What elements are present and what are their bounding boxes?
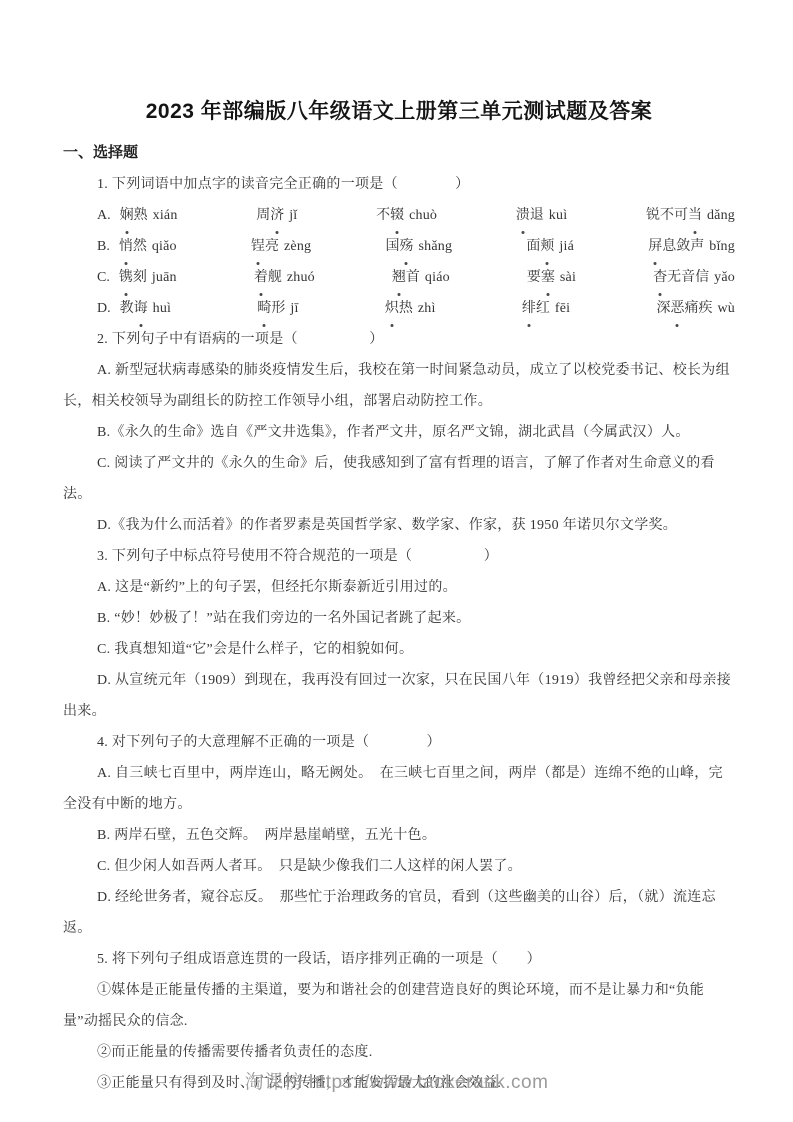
q2-options: A. 新型冠状病毒感染的肺炎疫情发生后，我校在第一时间紧急动员，成立了以校党委书… xyxy=(63,355,735,541)
q1-stem: 1. 下列词语中加点字的读音完全正确的一项是（ ） xyxy=(63,169,735,200)
pinyin-annotation: juān xyxy=(152,270,177,285)
pinyin-annotation: zhì xyxy=(418,301,436,316)
option-paragraph: B. 两岸石壁，五色交辉。 两岸悬崖峭壁，五光十色。 xyxy=(63,820,735,851)
word-group: 锐不可当dǎng xyxy=(646,200,735,231)
word-group: B.悄然qiǎo xyxy=(97,231,177,262)
pinyin-annotation: zèng xyxy=(284,239,311,254)
emphasized-character: 炽 xyxy=(385,293,399,324)
word-group: D.教诲huì xyxy=(97,293,171,324)
pinyin-annotation: xián xyxy=(153,208,178,223)
emphasized-character: 屏 xyxy=(648,231,662,262)
q1-option-row: B.悄然qiǎo锃亮zèng国殇shǎng面颊jiá屏息敛声bǐng xyxy=(63,231,735,262)
option-paragraph: C. 但少闲人如吾两人者耳。 只是缺少像我们二人这样的闲人罢了。 xyxy=(63,851,735,882)
emphasized-character: 颊 xyxy=(540,231,554,262)
word-group: 绯红fēi xyxy=(522,293,570,324)
pinyin-annotation: fēi xyxy=(555,301,570,316)
pinyin-annotation: kuì xyxy=(549,208,568,223)
word-group: 屏息敛声bǐng xyxy=(648,231,735,262)
word-group: 深恶痛疾wù xyxy=(656,293,735,324)
q2-stem: 2. 下列句子中有语病的一项是（ ） xyxy=(63,324,735,355)
emphasized-character: 恶 xyxy=(670,293,684,324)
emphasized-character: 辍 xyxy=(390,200,404,231)
option-paragraph: D.《我为什么而活着》的作者罗素是英国哲学家、数学家、作家，获 1950 年诺贝… xyxy=(63,510,735,541)
pinyin-annotation: jǐ xyxy=(289,208,297,223)
q1-option-row: C.镌刻juān着舰zhuó翘首qiáo要塞sài杳无音信yǎo xyxy=(63,262,735,293)
option-paragraph: A. 自三峡七百里中，两岸连山，略无阙处。 在三峡七百里之间，两岸（都是）连绵不… xyxy=(63,758,735,820)
emphasized-character: 娴 xyxy=(120,200,134,231)
option-paragraph: C. 阅读了严文井的《永久的生命》后，使我感知到了富有哲理的语言，了解了作者对生… xyxy=(63,448,735,510)
option-paragraph: D. 从宣统元年（1909）到现在，我再没有回过一次家，只在民国八年（1919）… xyxy=(63,665,735,727)
option-paragraph: D. 经纶世务者，窥谷忘反。 那些忙于治理政务的官员，看到（这些幽美的山谷）后，… xyxy=(63,882,735,944)
emphasized-character: 锃 xyxy=(251,231,265,262)
word-group: 要塞sài xyxy=(527,262,576,293)
q3-options: A. 这是“新约”上的句子罢，但经托尔斯泰新近引用过的。B. “妙！妙极了！”站… xyxy=(63,572,735,727)
footer-text: 淘课榜 https://www.taokerank.com xyxy=(245,1072,549,1093)
emphasized-character: 着 xyxy=(254,262,268,293)
emphasized-character: 杳 xyxy=(653,262,667,293)
section-heading: 一、选择题 xyxy=(63,138,735,169)
word-group: 翘首qiáo xyxy=(392,262,450,293)
pinyin-annotation: yǎo xyxy=(714,270,735,285)
pinyin-annotation: qiǎo xyxy=(152,239,177,254)
footer-watermark: 淘课榜 https://www.taokerank.com xyxy=(0,1067,793,1094)
pinyin-annotation: wù xyxy=(717,301,735,316)
q3-stem: 3. 下列句子中标点符号使用不符合规范的一项是（ ） xyxy=(63,541,735,572)
q1-option-row: D.教诲huì畸形jī炽热zhì绯红fēi深恶痛疾wù xyxy=(63,293,735,324)
pinyin-annotation: jiá xyxy=(559,239,574,254)
emphasized-character: 镌 xyxy=(119,262,133,293)
q4-stem: 4. 对下列句子的大意理解不正确的一项是（ ） xyxy=(63,727,735,758)
document-content: 2023 年部编版八年级语文上册第三单元测试题及答案 一、选择题 1. 下列词语… xyxy=(63,98,735,1099)
pinyin-annotation: shǎng xyxy=(418,239,452,254)
pinyin-annotation: bǐng xyxy=(709,239,735,254)
word-group: 面颊jiá xyxy=(526,231,574,262)
word-group: A.娴熟xián xyxy=(97,200,178,231)
pinyin-annotation: dǎng xyxy=(707,208,735,223)
q4-options: A. 自三峡七百里中，两岸连山，略无阙处。 在三峡七百里之间，两岸（都是）连绵不… xyxy=(63,758,735,944)
document-page: 2023 年部编版八年级语文上册第三单元测试题及答案 一、选择题 1. 下列词语… xyxy=(0,0,793,1122)
word-group: 溃退kuì xyxy=(516,200,568,231)
option-paragraph: C. 我真想知道“它”会是什么样子，它的相貌如何。 xyxy=(63,634,735,665)
emphasized-character: 当 xyxy=(688,200,702,231)
word-group: 锃亮zèng xyxy=(251,231,311,262)
emphasized-character: 畸 xyxy=(257,293,271,324)
option-label: B. xyxy=(97,239,110,254)
emphasized-character: 塞 xyxy=(541,262,555,293)
q1-option-row: A.娴熟xián周济jǐ不辍chuò溃退kuì锐不可当dǎng xyxy=(63,200,735,231)
pinyin-annotation: sài xyxy=(560,270,576,285)
emphasized-character: 殇 xyxy=(399,231,413,262)
emphasized-character: 溃 xyxy=(516,200,530,231)
q1-options: A.娴熟xián周济jǐ不辍chuò溃退kuì锐不可当dǎngB.悄然qiǎo锃… xyxy=(63,200,735,324)
word-group: 杳无音信yǎo xyxy=(653,262,735,293)
pinyin-annotation: zhuó xyxy=(287,270,315,285)
q5-stem: 5. 将下列句子组成语意连贯的一段话，语序排列正确的一项是（ ） xyxy=(63,944,735,975)
pinyin-annotation: chuò xyxy=(409,208,437,223)
pinyin-annotation: qiáo xyxy=(425,270,450,285)
pinyin-annotation: huì xyxy=(153,301,172,316)
pinyin-annotation: jī xyxy=(290,301,298,316)
emphasized-character: 绯 xyxy=(522,293,536,324)
option-label: C. xyxy=(97,270,110,285)
word-group: 着舰zhuó xyxy=(254,262,315,293)
word-group: 不辍chuò xyxy=(376,200,437,231)
option-paragraph: ②而正能量的传播需要传播者负责任的态度. xyxy=(63,1037,735,1068)
option-paragraph: A. 这是“新约”上的句子罢，但经托尔斯泰新近引用过的。 xyxy=(63,572,735,603)
word-group: 炽热zhì xyxy=(385,293,436,324)
word-group: 畸形jī xyxy=(257,293,298,324)
emphasized-character: 诲 xyxy=(134,293,148,324)
word-group: C.镌刻juān xyxy=(97,262,177,293)
option-label: A. xyxy=(97,208,111,223)
option-paragraph: A. 新型冠状病毒感染的肺炎疫情发生后，我校在第一时间紧急动员，成立了以校党委书… xyxy=(63,355,735,417)
option-paragraph: B. “妙！妙极了！”站在我们旁边的一名外国记者跳了起来。 xyxy=(63,603,735,634)
emphasized-character: 悄 xyxy=(119,231,133,262)
emphasized-character: 济 xyxy=(270,200,284,231)
page-title: 2023 年部编版八年级语文上册第三单元测试题及答案 xyxy=(63,98,735,126)
emphasized-character: 翘 xyxy=(392,262,406,293)
word-group: 周济jǐ xyxy=(256,200,297,231)
option-paragraph: B.《永久的生命》选自《严文井选集》，作者严文井，原名严文锦，湖北武昌（今属武汉… xyxy=(63,417,735,448)
option-label: D. xyxy=(97,301,111,316)
word-group: 国殇shǎng xyxy=(385,231,452,262)
option-paragraph: ①媒体是正能量传播的主渠道，要为和谐社会的创建营造良好的舆论环境，而不是让暴力和… xyxy=(63,975,735,1037)
